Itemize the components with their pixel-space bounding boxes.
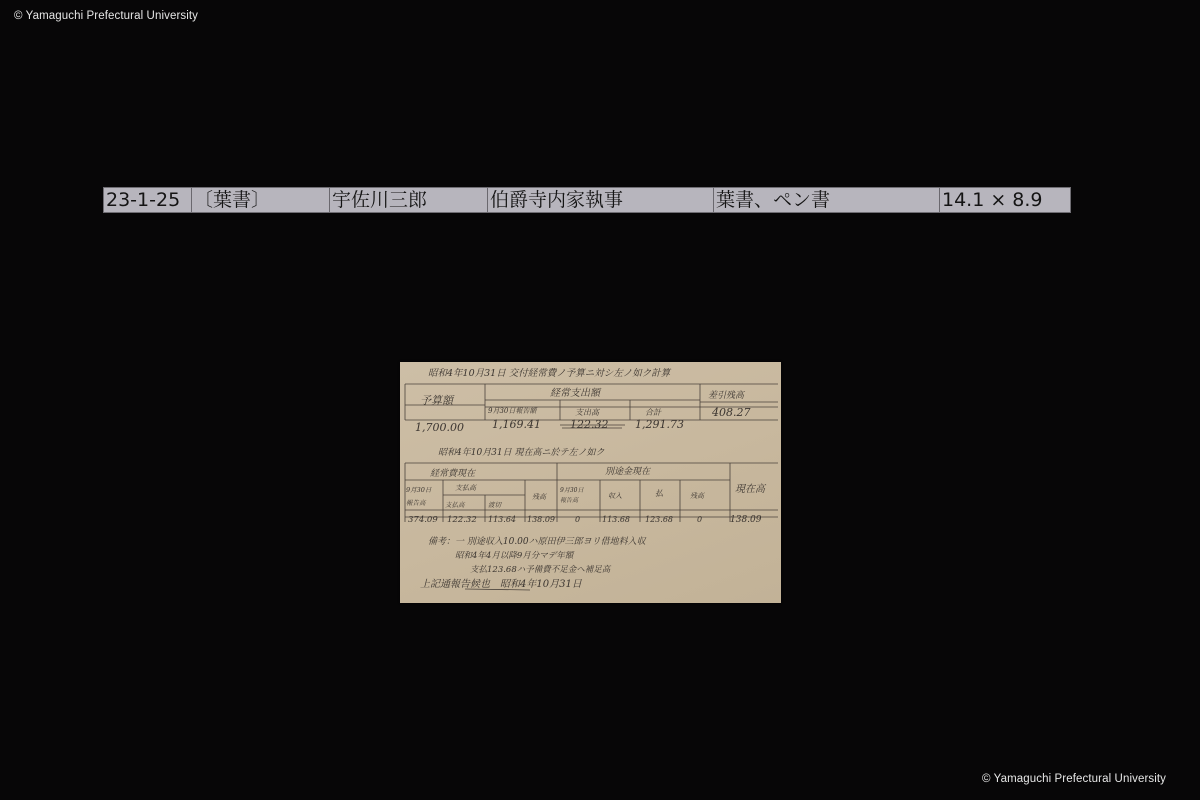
note-line-1: 備考：一 別途収入10.00ハ原田伊三郎ヨリ借地料入収: [428, 536, 647, 547]
copyright-watermark-bottom: © Yamaguchi Prefectural University: [982, 773, 1166, 785]
postcard-handwriting: 昭和4年10月31日 交付経常費ノ予算ニ対シ左ノ如ク計算 予算額 経常支出額 9…: [400, 362, 781, 603]
svg-text:報告高: 報告高: [560, 496, 579, 504]
closing-date-line: 上記通報告候也 昭和4年10月31日: [420, 578, 583, 590]
svg-text:報告高: 報告高: [406, 499, 427, 507]
svg-text:122.32: 122.32: [447, 515, 477, 525]
label-sender: 宇佐川三郎: [330, 188, 488, 212]
svg-text:113.68: 113.68: [602, 515, 630, 524]
svg-text:経常支出額: 経常支出額: [550, 387, 602, 399]
subtitle-line: 昭和4年10月31日 現在高ニ於テ左ノ如ク: [438, 447, 605, 458]
label-catalog-number: 23-1-25: [104, 188, 192, 212]
svg-text:9月30日報告額: 9月30日報告額: [488, 407, 537, 415]
svg-text:138.09: 138.09: [730, 515, 762, 525]
svg-text:別途金現在: 別途金現在: [605, 466, 651, 477]
svg-text:支出高: 支出高: [575, 408, 601, 417]
svg-text:1,169.41: 1,169.41: [492, 418, 541, 431]
svg-text:残高: 残高: [690, 492, 705, 500]
postcard-document: 昭和4年10月31日 交付経常費ノ予算ニ対シ左ノ如ク計算 予算額 経常支出額 9…: [400, 362, 781, 603]
svg-text:408.27: 408.27: [711, 406, 751, 419]
svg-text:予算額: 予算額: [420, 394, 455, 407]
svg-text:0: 0: [575, 515, 580, 524]
svg-text:経常費現在: 経常費現在: [430, 468, 476, 479]
svg-text:合計: 合計: [645, 408, 662, 417]
label-document-type: 〔葉書〕: [192, 188, 330, 212]
copyright-watermark-top: © Yamaguchi Prefectural University: [14, 10, 198, 22]
svg-text:払: 払: [655, 489, 664, 498]
svg-text:1,291.73: 1,291.73: [635, 418, 684, 431]
svg-text:支払高: 支払高: [455, 484, 477, 492]
svg-text:渡切: 渡切: [488, 501, 503, 509]
title-line: 昭和4年10月31日 交付経常費ノ予算ニ対シ左ノ如ク計算: [428, 367, 672, 379]
svg-text:138.09: 138.09: [527, 515, 555, 524]
svg-text:現在高: 現在高: [735, 483, 767, 495]
svg-text:9月30日: 9月30日: [406, 486, 432, 494]
note-line-2: 昭和4年4月以降9月分マデ年額: [455, 550, 575, 561]
svg-text:374.09: 374.09: [408, 515, 438, 525]
note-line-3: 支払123.68ハ予備費不足金ヘ補足高: [470, 564, 612, 575]
label-medium: 葉書、ペン書: [714, 188, 940, 212]
svg-text:残高: 残高: [532, 493, 547, 501]
svg-text:0: 0: [697, 515, 702, 524]
label-sender-role: 伯爵寺内家執事: [488, 188, 714, 212]
svg-text:支払高: 支払高: [445, 501, 466, 509]
catalog-label-strip: 23-1-25 〔葉書〕 宇佐川三郎 伯爵寺内家執事 葉書、ペン書 14.1 ×…: [103, 187, 1071, 213]
svg-text:差引残高: 差引残高: [708, 390, 746, 401]
budget-value: 1,700.00: [415, 421, 464, 434]
svg-text:113.64: 113.64: [488, 515, 516, 524]
svg-text:122.32: 122.32: [570, 418, 609, 431]
svg-text:収入: 収入: [608, 492, 622, 500]
svg-text:9月30日: 9月30日: [560, 487, 584, 494]
label-dimensions: 14.1 × 8.9: [940, 188, 1070, 212]
svg-text:123.68: 123.68: [645, 515, 673, 524]
